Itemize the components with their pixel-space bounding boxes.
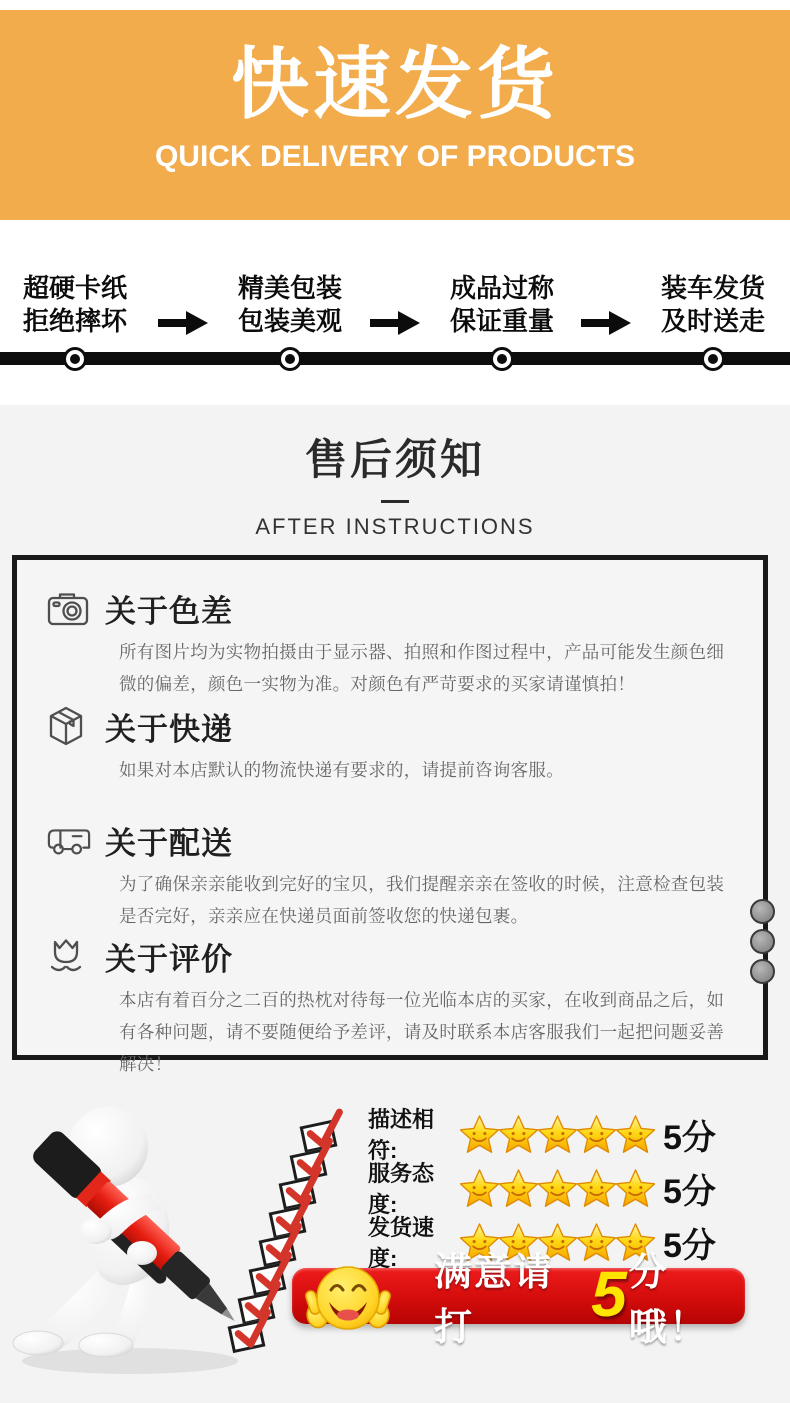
step-line1: 超硬卡纸 [0, 272, 160, 305]
star-icon [499, 1169, 538, 1208]
camera-icon [47, 590, 91, 626]
hero-banner: 快速发货 QUICK DELIVERY OF PRODUCTS [0, 10, 790, 220]
timeline-node-icon [701, 347, 725, 371]
page-root: 快速发货 QUICK DELIVERY OF PRODUCTS 超硬卡纸 拒绝摔… [0, 0, 790, 1403]
process-step: 超硬卡纸 拒绝摔坏 [0, 272, 160, 338]
right-arrow-icon [581, 308, 631, 338]
star-rating [460, 1115, 655, 1154]
star-icon [616, 1115, 655, 1154]
rating-score: 5分 [663, 1164, 716, 1213]
star-rating [460, 1169, 655, 1208]
star-icon [577, 1169, 616, 1208]
process-steps-section: 超硬卡纸 拒绝摔坏 精美包装 包装美观 成品过称 保证重量 装车发货 及时送走 [0, 220, 790, 405]
step-line2: 及时送走 [628, 305, 790, 338]
step-line1: 精美包装 [205, 272, 375, 305]
scroll-dot [750, 959, 775, 984]
star-icon [538, 1169, 577, 1208]
star-icon [460, 1169, 499, 1208]
figure-illustration [0, 1085, 340, 1385]
rating-banner: 满意请打 5 分哦！ [292, 1268, 745, 1324]
process-step: 装车发货 及时送走 [628, 272, 790, 338]
notice-item: 关于配送 为了确保亲亲能收到完好的宝贝，我们提醒亲亲在签收的时候，注意检查包装是… [17, 822, 763, 932]
banner-suffix: 分哦！ [629, 1241, 745, 1351]
notice-item: 关于快递 如果对本店默认的物流快递有要求的，请提前咨询客服。 [17, 708, 763, 786]
laughing-thumbs-up-emoji-icon [302, 1260, 394, 1340]
notice-heading: 关于快递 [105, 704, 233, 749]
timeline-node-icon [278, 347, 302, 371]
step-line2: 包装美观 [205, 305, 375, 338]
hero-title: 快速发货 [0, 10, 790, 126]
rating-label: 服务态度: [368, 1157, 460, 1219]
notice-body: 如果对本店默认的物流快递有要求的，请提前咨询客服。 [119, 754, 727, 786]
notice-heading: 关于配送 [105, 818, 233, 863]
rating-score: 5分 [663, 1110, 716, 1159]
notice-heading: 关于色差 [105, 586, 233, 631]
flower-icon [47, 936, 91, 976]
process-timeline [0, 352, 790, 365]
star-icon [460, 1115, 499, 1154]
banner-prefix: 满意请打 [434, 1241, 589, 1351]
timeline-node-icon [63, 347, 87, 371]
star-icon [616, 1169, 655, 1208]
notice-body: 本店有着百分之二百的热枕对待每一位光临本店的买家，在收到商品之后，如有各种问题，… [119, 984, 727, 1080]
scroll-dot [750, 929, 775, 954]
banner-highlight: 5 [591, 1262, 627, 1326]
step-line1: 装车发货 [628, 272, 790, 305]
right-arrow-icon [158, 308, 208, 338]
rating-row: 描述相符: 5分 [368, 1111, 716, 1157]
notice-item: 关于评价 本店有着百分之二百的热枕对待每一位光临本店的买家，在收到商品之后，如有… [17, 938, 763, 1080]
step-line2: 保证重量 [417, 305, 587, 338]
aftersale-subtitle: AFTER INSTRUCTIONS [0, 514, 790, 540]
banner-text: 满意请打 5 分哦！ [434, 1268, 745, 1324]
process-step: 成品过称 保证重量 [417, 272, 587, 338]
star-icon [577, 1115, 616, 1154]
scroll-dot [750, 899, 775, 924]
timeline-node-icon [490, 347, 514, 371]
notice-heading: 关于评价 [105, 934, 233, 979]
package-icon [47, 706, 91, 746]
notice-body: 为了确保亲亲能收到完好的宝贝，我们提醒亲亲在签收的时候，注意检查包装是否完好，亲… [119, 868, 727, 932]
star-icon [499, 1115, 538, 1154]
process-step: 精美包装 包装美观 [205, 272, 375, 338]
rating-label: 描述相符: [368, 1103, 460, 1165]
notice-body: 所有图片均为实物拍摄由于显示器、拍照和作图过程中，产品可能发生颜色细微的偏差，颜… [119, 636, 727, 700]
right-arrow-icon [370, 308, 420, 338]
star-icon [538, 1115, 577, 1154]
hero-subtitle: QUICK DELIVERY OF PRODUCTS [0, 140, 790, 174]
notice-item: 关于色差 所有图片均为实物拍摄由于显示器、拍照和作图过程中，产品可能发生颜色细微… [17, 590, 763, 700]
rating-row: 服务态度: 5分 [368, 1165, 716, 1211]
aftersale-section: 售后须知 AFTER INSTRUCTIONS 关于色差 所有图片 [0, 405, 790, 1403]
notice-box: 关于色差 所有图片均为实物拍摄由于显示器、拍照和作图过程中，产品可能发生颜色细微… [12, 555, 768, 1060]
truck-icon [47, 822, 91, 858]
step-line1: 成品过称 [417, 272, 587, 305]
title-divider [381, 500, 409, 503]
aftersale-title: 售后须知 [0, 405, 790, 487]
step-line2: 拒绝摔坏 [0, 305, 160, 338]
